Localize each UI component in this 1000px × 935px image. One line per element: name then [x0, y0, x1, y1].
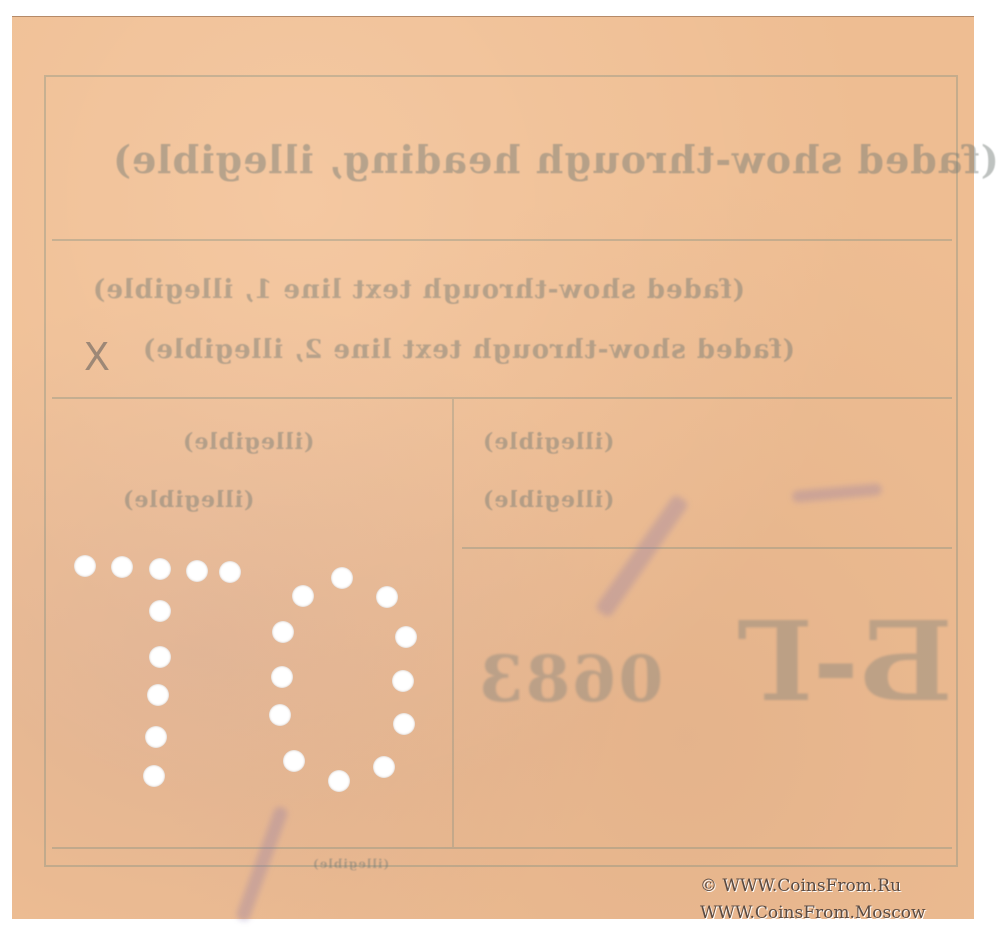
- series-code: Б-Г: [737, 597, 953, 726]
- faded-text-line-1: (faded show-through text line 1, illegib…: [92, 275, 745, 305]
- divider-right-cell: [462, 547, 952, 549]
- divider-vertical: [452, 399, 454, 847]
- right-cell-line-1: (illegible): [482, 429, 614, 455]
- faded-heading: (faded show-through heading, illegible): [112, 137, 999, 182]
- divider-bottom: [52, 847, 952, 849]
- outer-frame: [44, 75, 958, 867]
- right-cell-line-2: (illegible): [482, 487, 614, 513]
- bottom-imprint: (illegible): [312, 857, 389, 871]
- left-cell-line-2: (illegible): [122, 487, 254, 513]
- serial-number: 0683: [477, 642, 663, 717]
- watermark-line-1: © WWW.CoinsFrom.Ru: [700, 876, 901, 896]
- watermark-line-2: WWW.CoinsFrom.Moscow: [700, 903, 926, 923]
- ticket-paper: (faded show-through heading, illegible) …: [12, 16, 974, 919]
- divider-middle: [52, 397, 952, 399]
- faded-text-line-2: (faded show-through text line 2, illegib…: [142, 335, 795, 365]
- x-mark: X: [84, 335, 110, 379]
- left-cell-line-1: (illegible): [182, 429, 314, 455]
- divider-header: [52, 239, 952, 241]
